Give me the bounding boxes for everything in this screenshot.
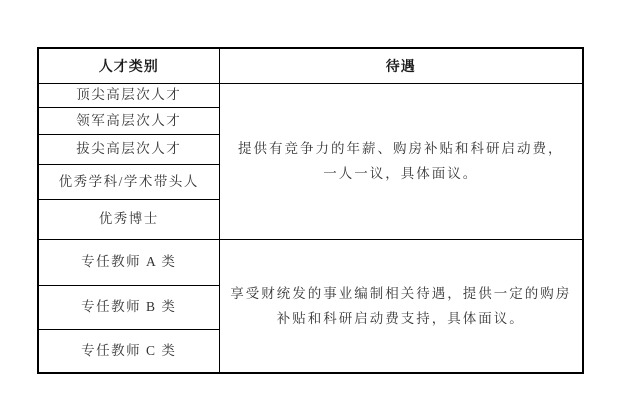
category-cell-teacher-c: 专任教师 C 类 <box>38 329 219 373</box>
category-cell-top-talent: 顶尖高层次人才 <box>38 83 219 107</box>
category-cell-teacher-a: 专任教师 A 类 <box>38 239 219 285</box>
page: 人才类别 待遇 顶尖高层次人才 提供有竞争力的年薪、购房补贴和科研启动费， 一人… <box>0 0 622 406</box>
table-header-row: 人才类别 待遇 <box>38 48 583 83</box>
category-cell-leading-talent: 领军高层次人才 <box>38 107 219 134</box>
benefit-cell-high-level: 提供有竞争力的年薪、购房补贴和科研启动费， 一人一议，具体面议。 <box>219 83 583 239</box>
category-cell-discipline-leader: 优秀学科/学术带头人 <box>38 164 219 199</box>
benefit-cell-teachers: 享受财统发的事业编制相关待遇，提供一定的购房 补贴和科研启动费支持，具体面议。 <box>219 239 583 373</box>
header-benefit: 待遇 <box>219 48 583 83</box>
table-row: 专任教师 A 类 享受财统发的事业编制相关待遇，提供一定的购房 补贴和科研启动费… <box>38 239 583 285</box>
talent-benefits-table-container: 人才类别 待遇 顶尖高层次人才 提供有竞争力的年薪、购房补贴和科研启动费， 一人… <box>37 47 584 374</box>
talent-benefits-table: 人才类别 待遇 顶尖高层次人才 提供有竞争力的年薪、购房补贴和科研启动费， 一人… <box>37 47 584 374</box>
category-cell-excellent-phd: 优秀博士 <box>38 199 219 239</box>
table-row: 顶尖高层次人才 提供有竞争力的年薪、购房补贴和科研启动费， 一人一议，具体面议。 <box>38 83 583 107</box>
header-talent-category: 人才类别 <box>38 48 219 83</box>
category-cell-teacher-b: 专任教师 B 类 <box>38 285 219 329</box>
category-cell-outstanding-talent: 拔尖高层次人才 <box>38 134 219 164</box>
